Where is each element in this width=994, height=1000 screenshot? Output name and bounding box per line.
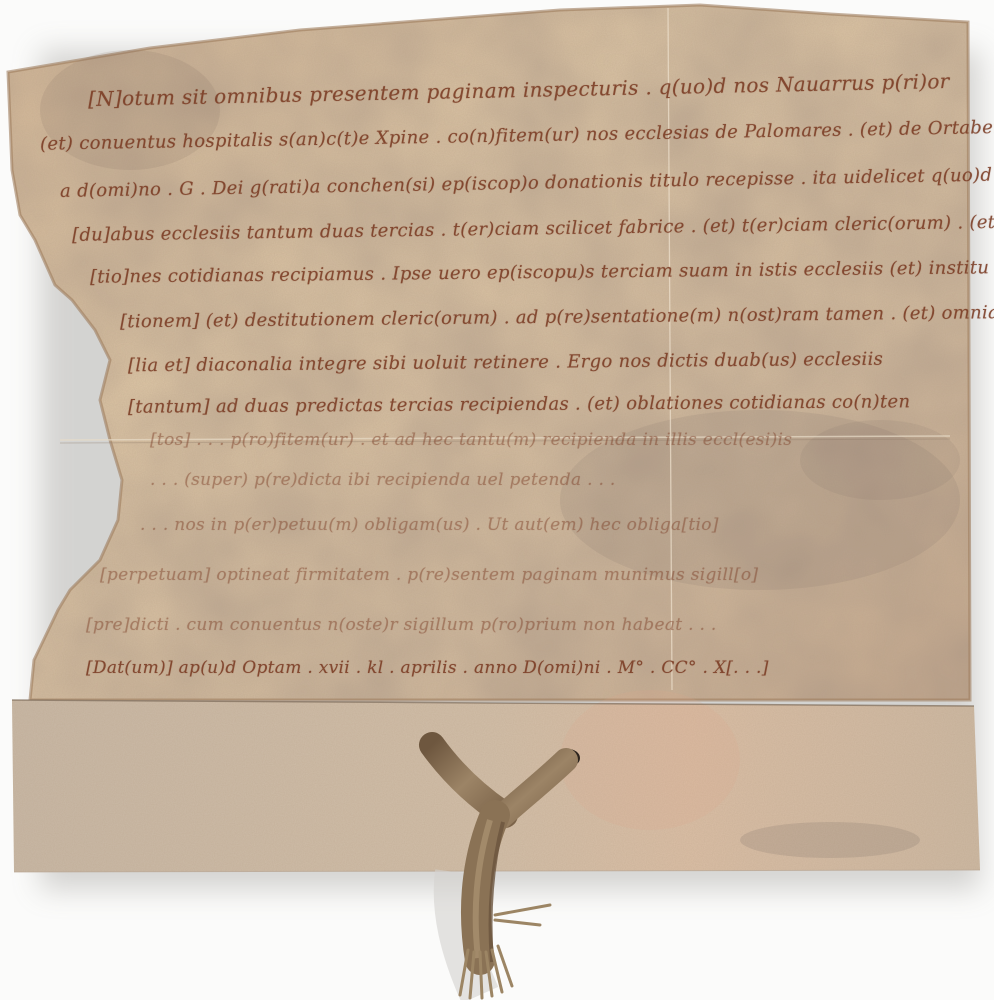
seal-cord	[0, 0, 994, 1000]
photo-stage: [N]otum sit omnibus presentem paginam in…	[0, 0, 994, 1000]
